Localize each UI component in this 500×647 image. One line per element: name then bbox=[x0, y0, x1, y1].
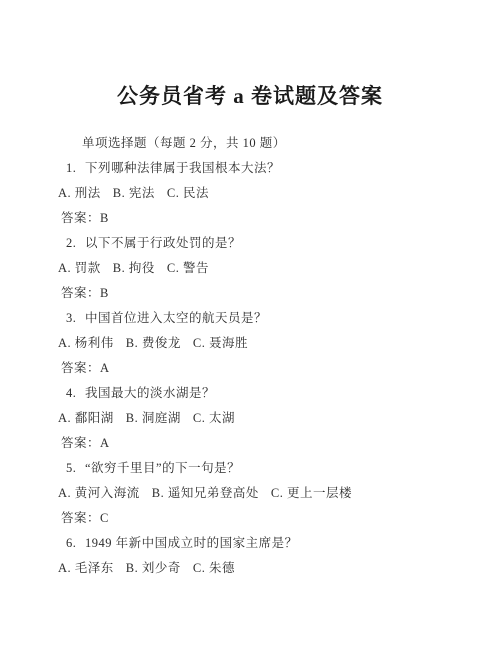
option-b: B. 洞庭湖 bbox=[126, 411, 181, 425]
question-line: 6.1949 年新中国成立时的国家主席是？ bbox=[0, 531, 500, 556]
option-c: C. 聂海胜 bbox=[193, 336, 248, 350]
question-block: 2.以下不属于行政处罚的是？ A. 罚款B. 拘役C. 警告 答案：B bbox=[0, 231, 500, 306]
question-line: 1.下列哪种法律属于我国根本大法？ bbox=[0, 156, 500, 181]
question-line: 4.我国最大的淡水湖是？ bbox=[0, 381, 500, 406]
question-block: 1.下列哪种法律属于我国根本大法？ A. 刑法B. 宪法C. 民法 答案：B bbox=[0, 156, 500, 231]
option-a: A. 黄河入海流 bbox=[58, 486, 140, 500]
option-b: B. 拘役 bbox=[113, 261, 155, 275]
options-line: A. 杨利伟B. 费俊龙C. 聂海胜 bbox=[0, 331, 500, 356]
question-block: 6.1949 年新中国成立时的国家主席是？ A. 毛泽东B. 刘少奇C. 朱德 bbox=[0, 531, 500, 581]
option-b: B. 费俊龙 bbox=[126, 336, 181, 350]
options-line: A. 罚款B. 拘役C. 警告 bbox=[0, 256, 500, 281]
option-a: A. 杨利伟 bbox=[58, 336, 114, 350]
question-number: 4. bbox=[66, 381, 85, 406]
answer-line: 答案：A bbox=[0, 356, 500, 381]
question-block: 3.中国首位进入太空的航天员是？ A. 杨利伟B. 费俊龙C. 聂海胜 答案：A bbox=[0, 306, 500, 381]
options-line: A. 刑法B. 宪法C. 民法 bbox=[0, 181, 500, 206]
option-c: C. 朱德 bbox=[193, 561, 235, 575]
option-c: C. 太湖 bbox=[193, 411, 235, 425]
question-number: 5. bbox=[66, 456, 85, 481]
answer-line: 答案：A bbox=[0, 431, 500, 456]
question-block: 5.“欲穷千里目”的下一句是？ A. 黄河入海流B. 遥知兄弟登高处C. 更上一… bbox=[0, 456, 500, 531]
option-b: B. 刘少奇 bbox=[126, 561, 181, 575]
options-line: A. 鄱阳湖B. 洞庭湖C. 太湖 bbox=[0, 406, 500, 431]
question-text: 1949 年新中国成立时的国家主席是？ bbox=[85, 536, 298, 550]
answer-line: 答案：B bbox=[0, 281, 500, 306]
question-line: 3.中国首位进入太空的航天员是？ bbox=[0, 306, 500, 331]
question-text: 以下不属于行政处罚的是？ bbox=[85, 236, 241, 250]
section-header: 单项选择题（每题 2 分，共 10 题） bbox=[0, 131, 500, 156]
option-b: B. 遥知兄弟登高处 bbox=[152, 486, 259, 500]
option-a: A. 鄱阳湖 bbox=[58, 411, 114, 425]
option-a: A. 毛泽东 bbox=[58, 561, 114, 575]
question-text: 我国最大的淡水湖是？ bbox=[85, 386, 215, 400]
options-line: A. 毛泽东B. 刘少奇C. 朱德 bbox=[0, 556, 500, 581]
document-body: 单项选择题（每题 2 分，共 10 题） 1.下列哪种法律属于我国根本大法？ A… bbox=[0, 131, 500, 581]
question-number: 1. bbox=[66, 156, 85, 181]
option-a: A. 罚款 bbox=[58, 261, 101, 275]
question-text: “欲穷千里目”的下一句是？ bbox=[85, 461, 240, 475]
question-number: 3. bbox=[66, 306, 85, 331]
option-c: C. 民法 bbox=[167, 186, 209, 200]
option-a: A. 刑法 bbox=[58, 186, 101, 200]
question-number: 6. bbox=[66, 531, 85, 556]
option-c: C. 警告 bbox=[167, 261, 209, 275]
question-block: 4.我国最大的淡水湖是？ A. 鄱阳湖B. 洞庭湖C. 太湖 答案：A bbox=[0, 381, 500, 456]
question-line: 2.以下不属于行政处罚的是？ bbox=[0, 231, 500, 256]
page-title: 公务员省考 a 卷试题及答案 bbox=[0, 85, 500, 108]
option-c: C. 更上一层楼 bbox=[271, 486, 352, 500]
question-text: 下列哪种法律属于我国根本大法？ bbox=[85, 161, 280, 175]
document-page: 公务员省考 a 卷试题及答案 单项选择题（每题 2 分，共 10 题） 1.下列… bbox=[0, 0, 500, 647]
question-line: 5.“欲穷千里目”的下一句是？ bbox=[0, 456, 500, 481]
question-text: 中国首位进入太空的航天员是？ bbox=[85, 311, 267, 325]
answer-line: 答案：B bbox=[0, 206, 500, 231]
options-line: A. 黄河入海流B. 遥知兄弟登高处C. 更上一层楼 bbox=[0, 481, 500, 506]
question-number: 2. bbox=[66, 231, 85, 256]
answer-line: 答案：C bbox=[0, 506, 500, 531]
option-b: B. 宪法 bbox=[113, 186, 155, 200]
